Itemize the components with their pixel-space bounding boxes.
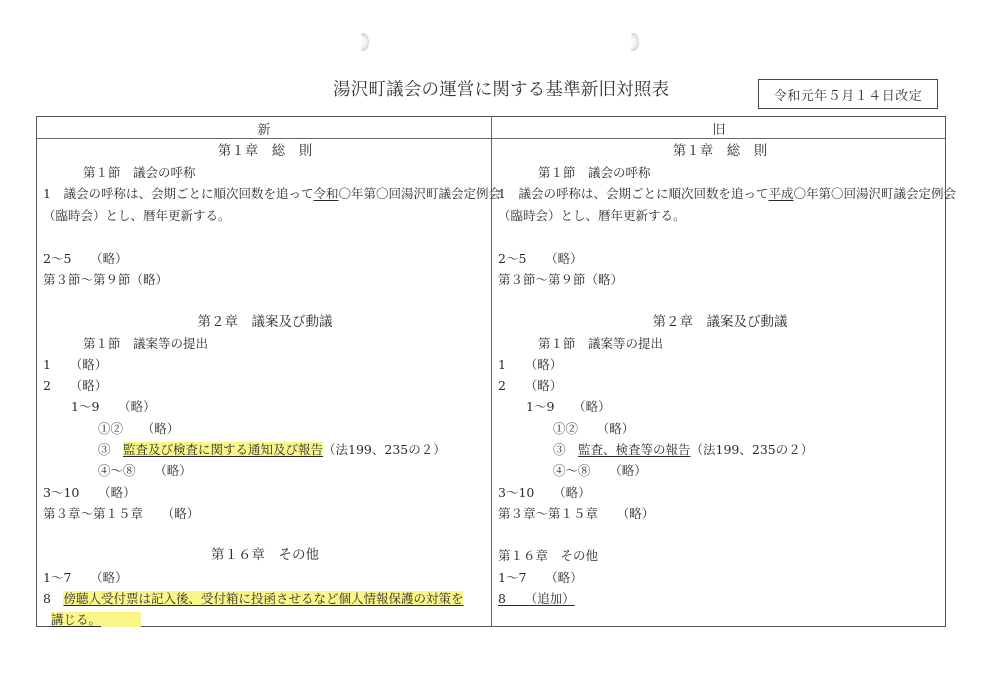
added-text-highlight-cont: 講じる。 [51,612,141,627]
old-chapter-1-item-1: 1 議会の呼称は、会期ごとに順次回数を追って平成〇年第〇回湯沢町議会定例会 [498,183,956,204]
old-chapter-16-title: 第１６章 その他 [498,545,598,566]
era-name-changed: 令和 [313,186,338,201]
chapter-1-title: 第１章 総 則 [43,141,487,162]
header-new: 新 [37,119,491,138]
chapter-2-item-1: 1 （略） [43,354,107,375]
old-chapter-1-section-1: 第１節 議会の呼称 [538,162,651,183]
revision-date: 令和元年５月１４日改定 [774,85,923,104]
item-1-text-end: 〇年第〇回湯沢町議会定例会 [338,186,501,201]
old-chapters-3-15: 第３章～第１５章 （略） [498,503,654,524]
chapter-2-title: 第２章 議案及び動議 [43,312,487,333]
old-chapter-2-item-1: 1 （略） [498,354,562,375]
chapter-2-circ-3: ③ 監査及び検査に関する通知及び報告（法199、235の２） [98,439,446,460]
item-1-text: 1 議会の呼称は、会期ごとに順次回数を追って [43,186,313,201]
chapter-16-items-1-7: 1～7 （略） [43,567,128,588]
added-text-highlight: 傍聴人受付票は記入後、受付箱に投函させるなど個人情報保護の対策を [63,591,463,606]
chapters-3-15: 第３章～第１５章 （略） [43,503,199,524]
law-reference: （法199、235の２） [323,442,446,457]
old-chapter-16-item-8: 8 （追加） [498,588,575,609]
chapter-1-sections-3-9: 第３節～第９節（略） [43,269,168,290]
chapter-1-items-2-5: 2～5 （略） [43,248,128,269]
document-title: 湯沢町議会の運営に関する基準新旧対照表 [333,76,669,101]
old-item-1-text: 1 議会の呼称は、会期ごとに順次回数を追って [498,186,768,201]
chapter-16-item-8: 8 傍聴人受付票は記入後、受付箱に投函させるなど個人情報保護の対策を [43,588,463,609]
old-chapter-1-sections-3-9: 第３節～第９節（略） [498,269,623,290]
punch-hole-right [627,33,639,51]
old-era-name: 平成 [768,186,793,201]
old-changed-text: 監査、検査等の報告 [578,442,691,457]
chapter-2-sub-1-9: 1～9 （略） [71,396,156,417]
chapter-1-item-1-cont: （臨時会）とし、暦年更新する。 [43,205,231,226]
item-8-number: 8 [43,591,63,606]
old-chapter-2-item-2: 2 （略） [498,375,562,396]
chapter-2-items-3-10: 3～10 （略） [43,482,136,503]
old-chapter-1-item-1-cont: （臨時会）とし、暦年更新する。 [498,205,686,226]
punch-hole-left [357,33,369,51]
chapter-16-item-8-cont: 講じる。 [51,609,141,630]
chapter-1-item-1: 1 議会の呼称は、会期ごとに順次回数を追って令和〇年第〇回湯沢町議会定例会 [43,183,501,204]
revision-date-box: 令和元年５月１４日改定 [758,79,938,109]
chapter-16-title: 第１６章 その他 [43,545,487,566]
chapter-2-section-1: 第１節 議案等の提出 [83,333,208,354]
old-chapter-16-items-1-7: 1～7 （略） [498,567,583,588]
circ-3-number: ③ [98,442,123,457]
old-chapter-1-items-2-5: 2～5 （略） [498,248,583,269]
old-chapter-2-section-1: 第１節 議案等の提出 [538,333,663,354]
header-old: 旧 [492,119,946,138]
changed-text-highlight: 監査及び検査に関する通知及び報告 [123,442,323,457]
old-chapter-1-title: 第１章 総 則 [498,141,942,162]
old-law-reference: （法199、235の２） [691,442,814,457]
chapter-2-circ-4-8: ④～⑧ （略） [98,460,192,481]
chapter-1-section-1: 第１節 議会の呼称 [83,162,196,183]
old-chapter-2-sub-1-9: 1～9 （略） [526,396,611,417]
old-item-8-added-marker: 8 （追加） [498,591,575,606]
old-circ-3-number: ③ [553,442,578,457]
chapter-2-item-2: 2 （略） [43,375,107,396]
comparison-table: 新 旧 第１章 総 則 第１節 議会の呼称 1 議会の呼称は、会期ごとに順次回数… [36,116,946,627]
chapter-2-circ-1-2: ①② （略） [98,418,179,439]
old-chapter-2-circ-4-8: ④～⑧ （略） [553,460,647,481]
old-chapter-2-circ-3: ③ 監査、検査等の報告（法199、235の２） [553,439,813,460]
old-chapter-2-title: 第２章 議案及び動議 [498,312,942,333]
old-chapter-2-items-3-10: 3～10 （略） [498,482,591,503]
old-chapter-2-circ-1-2: ①② （略） [553,418,634,439]
old-item-1-text-end: 〇年第〇回湯沢町議会定例会 [793,186,956,201]
